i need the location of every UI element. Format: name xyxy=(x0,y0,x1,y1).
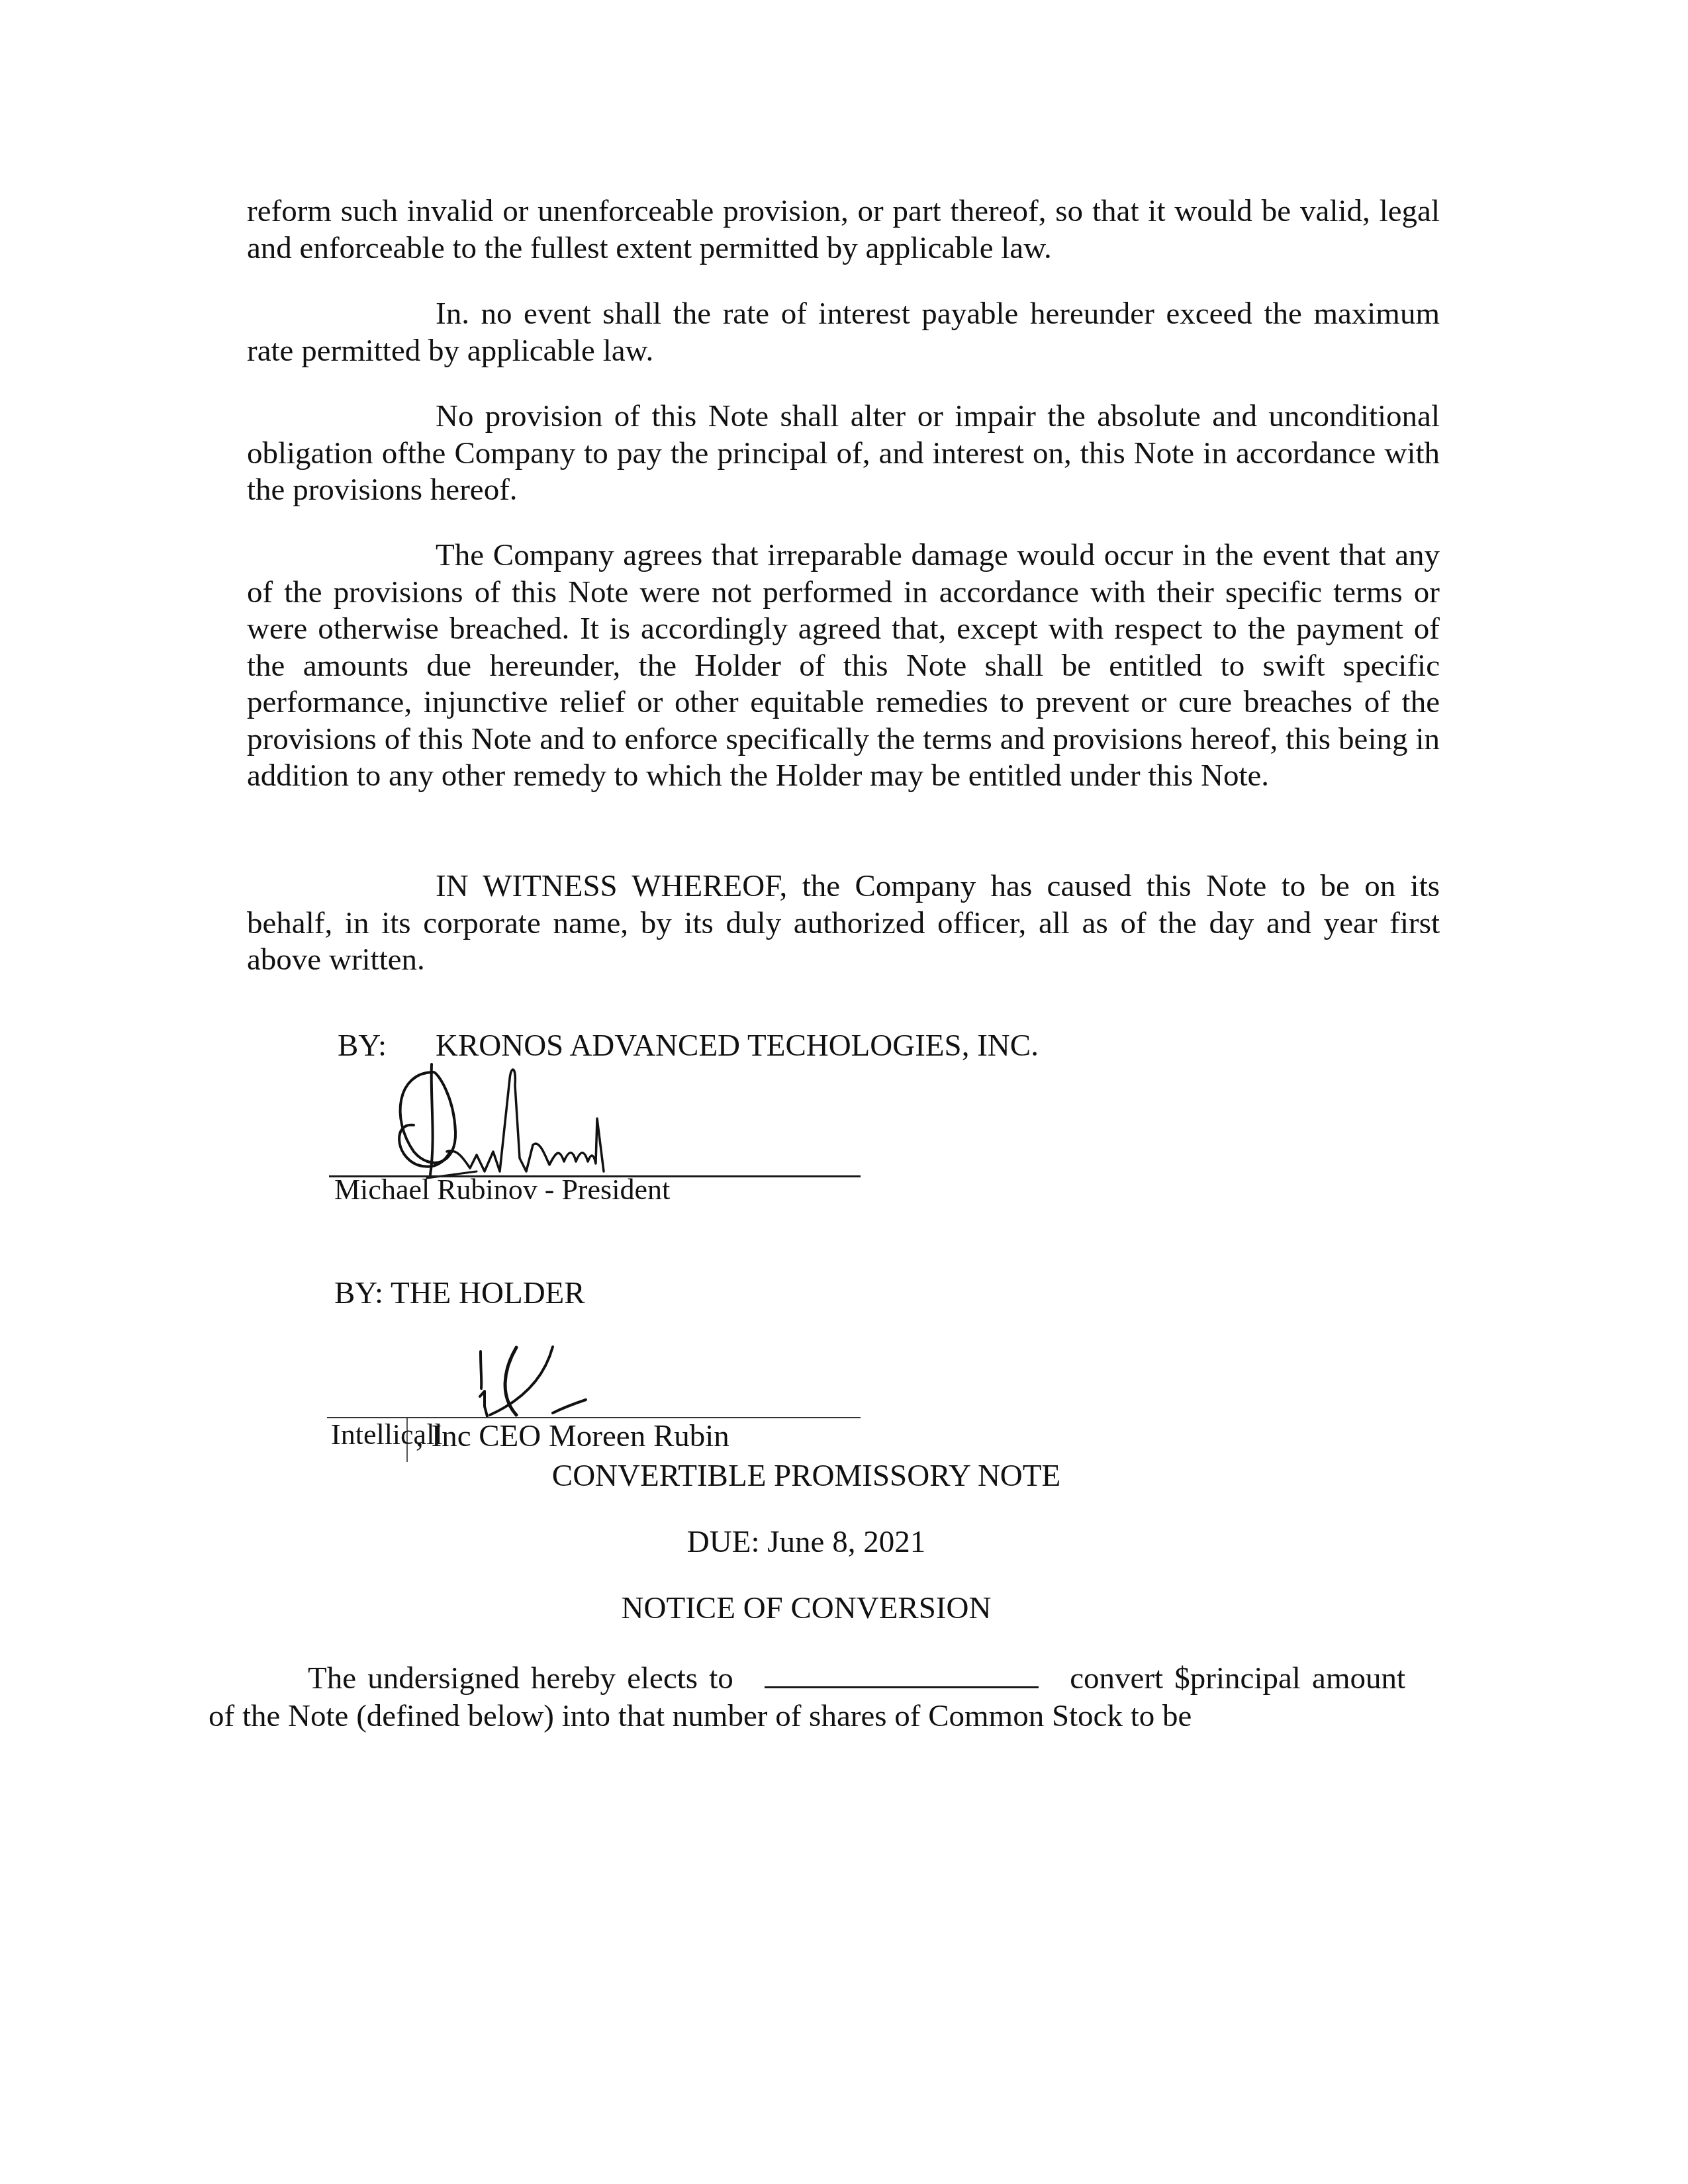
paragraph-irreparable-damage: The Company agrees that irreparable dama… xyxy=(247,537,1440,795)
conversion-text-start: The undersigned hereby elects to xyxy=(308,1661,733,1696)
due-date: DUE: June 8, 2021 xyxy=(409,1524,1203,1561)
notice-title: NOTICE OF CONVERSION xyxy=(409,1590,1203,1627)
paragraph-reform-provision: reform such invalid or unenforceable pro… xyxy=(247,193,1440,267)
conversion-paragraph: The undersigned hereby elects to convert… xyxy=(209,1660,1405,1735)
holder-by-label: BY: THE HOLDER xyxy=(334,1275,585,1312)
note-title: CONVERTIBLE PROMISSORY NOTE xyxy=(409,1458,1203,1494)
holder-signature-image xyxy=(410,1343,622,1420)
paragraph-in-witness-whereof: IN WITNESS WHEREOF, the Company has caus… xyxy=(247,868,1440,979)
document-page: reform such invalid or unenforceable pro… xyxy=(0,0,1688,2184)
paragraph-interest-rate: In. no event shall the rate of interest … xyxy=(247,296,1440,369)
conversion-amount-blank[interactable] xyxy=(765,1680,1039,1688)
paragraph-no-provision: No provision of this Note shall alter or… xyxy=(247,398,1440,509)
company-signature-image xyxy=(357,1059,702,1185)
company-signer-name: Michael Rubinov - President xyxy=(334,1171,670,1208)
holder-signer-title: , Inc CEO Moreen Rubin xyxy=(416,1418,729,1455)
